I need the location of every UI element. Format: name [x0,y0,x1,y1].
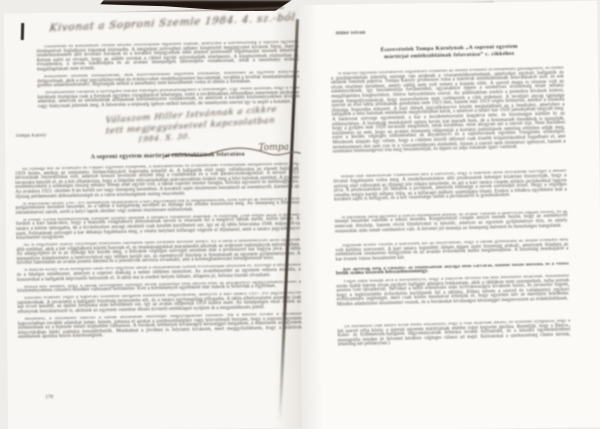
closing-note-paragraph: (A Szerkesztő csak annyit kíván ehhez ho… [337,319,571,357]
paragraph: Említést érdemel végül a kapuvári szület… [17,292,301,316]
paragraph: Az ifjúsági kör az Erdészeti és Faipari … [15,162,300,200]
paragraph: Jogosnak érzem viszont a szerzőnek azt a… [335,239,568,266]
right-page-content: Hiller István Észrevételek Tompa Károlyn… [299,0,600,429]
paragraph: Az A vegyészeti szárny folyosóján elhely… [16,239,300,267]
paragraph: Abban már határozottan vitatkoznom kell … [333,170,567,214]
paragraph: Remélem, a fentiekben sikerült a táblák … [18,312,302,340]
author-byline: Hiller István [336,31,366,37]
left-page-content: Kivonat a Soproni Szemle 1984. 4. sz.-bó… [10,12,310,423]
right-body-paragraphs: A soproni egyetem történetével foglalkoz… [331,66,572,372]
right-article-heading: Észrevételek Tompa Károlynak „A soproni … [326,42,572,62]
page-number: 178 [45,394,53,400]
left-body-paragraphs: Az ifjúsági kör az Erdészeti és Faipari … [15,162,303,393]
paragraph: A soproni egyetem történetével foglalkoz… [331,66,567,173]
paragraph: A harmadik tábla ügyében a szerző emléke… [335,210,569,242]
paragraph: Tisztelettel és köszönettel vettem kézhe… [37,40,299,73]
paragraph: A Póday Gyula emlékbizottság irataiban s… [16,213,300,241]
paragraph: Végül hadd utaljak arra a körülményre, h… [336,274,570,315]
printed-byline: Tompa Károly [15,133,46,139]
